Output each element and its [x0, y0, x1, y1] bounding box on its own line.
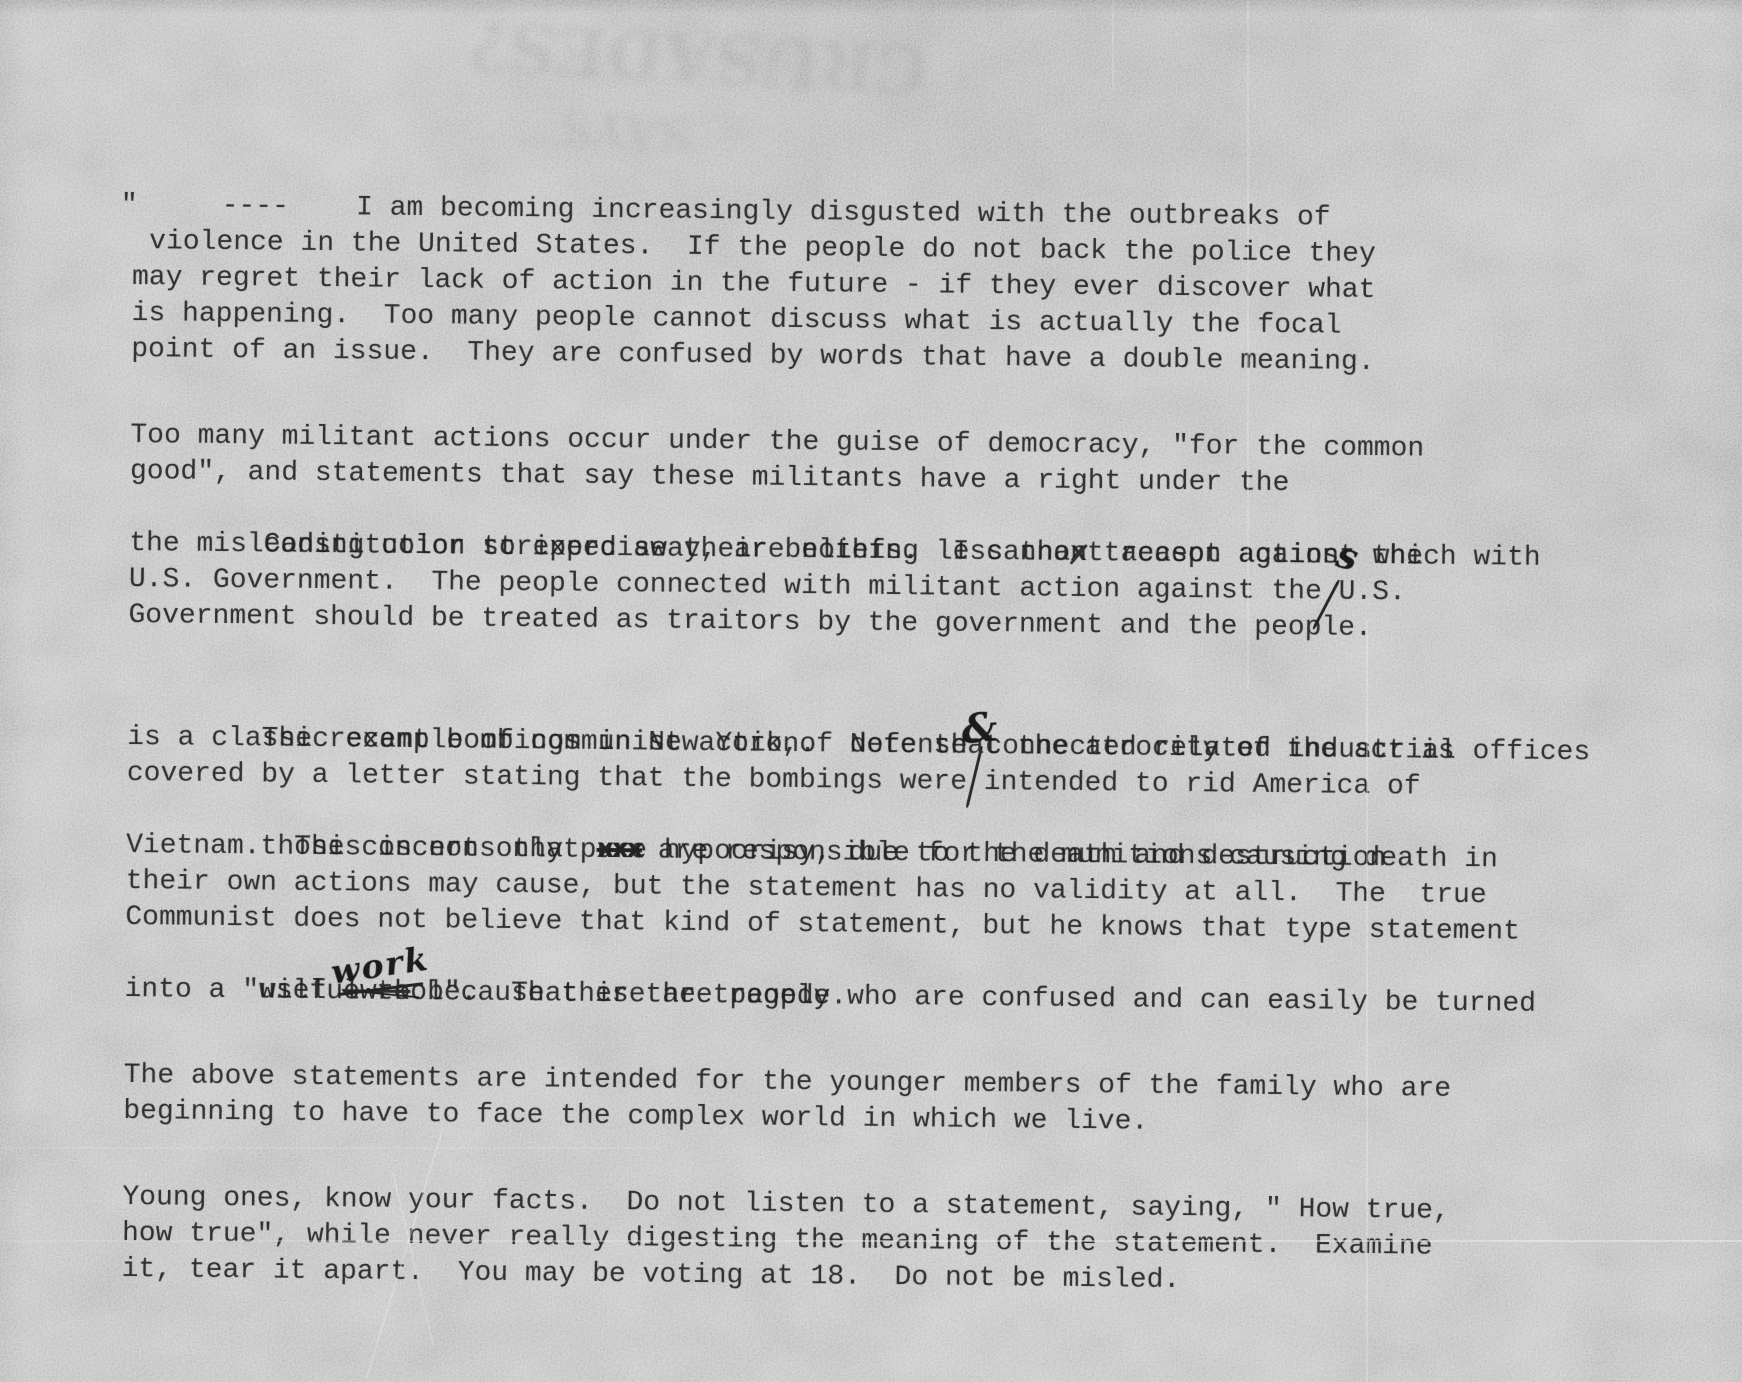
typed-text-body: " ---- I am becoming increasingly disgus…	[121, 188, 1633, 1354]
corrected-word-owrk: workowrk	[343, 974, 411, 1011]
typewritten-letter-scan: CRUSADES? SAYS " ---- I am becoming incr…	[0, 0, 1742, 1382]
paragraph-5: Young ones, know your facts. Do not list…	[121, 1180, 1622, 1304]
paragraph-3: The recent bombings in New York,of defen…	[124, 684, 1627, 1024]
handwritten-ampersand-glyph: &	[960, 709, 999, 748]
paragraph-1: " ---- I am becoming increasingly disgus…	[131, 188, 1633, 384]
paragraph-2: Too many militant actions occur under th…	[128, 418, 1630, 650]
bleedthrough-ghost-text-2: SAYS	[558, 99, 694, 162]
bleedthrough-ghost-text-1: CRUSADES?	[466, 6, 933, 108]
paragraph-4: The above statements are intended for th…	[123, 1058, 1624, 1146]
overstruck-x: x	[1070, 536, 1087, 572]
fold-line-vertical	[1112, 0, 1114, 90]
